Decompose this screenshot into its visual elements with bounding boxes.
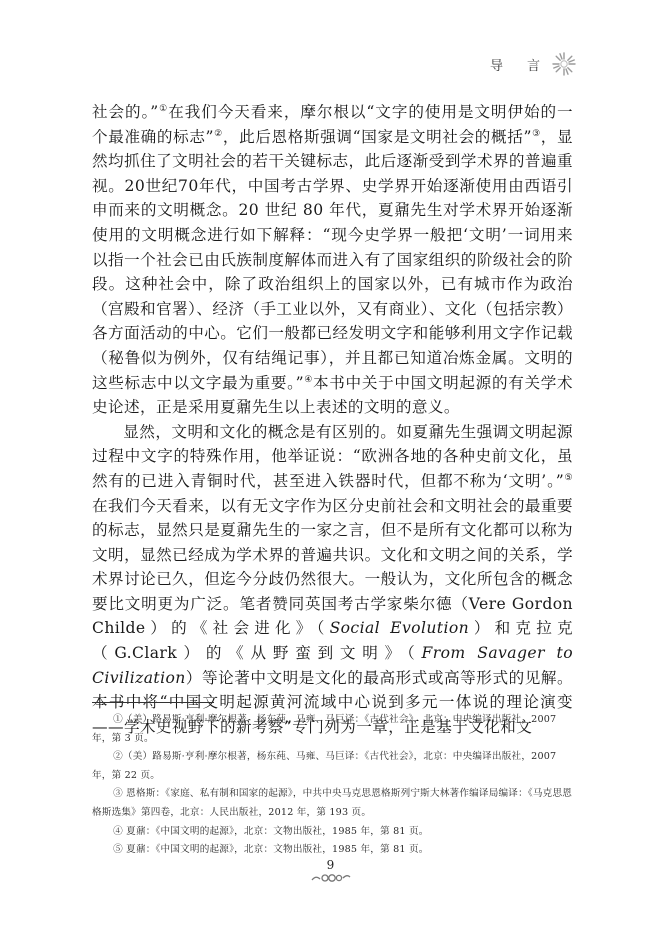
footnote-ref[interactable]: ⑤: [564, 473, 573, 483]
header-title-char: 导: [490, 55, 503, 74]
footnote: ⑤ 夏鼐：《中国文明的起源》，北京：文物出版社，1985 年，第 81 页。: [92, 841, 573, 860]
running-header: 导 言: [490, 50, 600, 78]
paragraph: 显然，文明和文化的概念是有区别的。如夏鼐先生强调文明起源过程中文字的特殊作用，他…: [92, 420, 573, 740]
footnote-ref[interactable]: ④: [304, 375, 313, 385]
header-title-char: 言: [527, 55, 540, 74]
footnote-ref[interactable]: ①: [159, 104, 169, 114]
footnote: ②（美）路易斯·亨利·摩尔根著，杨东莼、马雍、马巨译：《古代社会》，北京：中央编…: [92, 748, 573, 785]
sunburst-ornament-icon: [552, 52, 576, 76]
footnote: ④ 夏鼐：《中国文明的起源》，北京：文物出版社，1985 年，第 81 页。: [92, 823, 573, 842]
paragraph: 社会的。”①在我们今天看来，摩尔根以“文字的使用是文明伊始的一个最准确的标志”②…: [92, 100, 573, 420]
footnote-separator: [92, 702, 214, 703]
footnote: ①（美）路易斯·亨利·摩尔根著，杨东莼、马雍、马巨译：《古代社会》，北京：中央编…: [92, 711, 573, 748]
footnote: ③ 恩格斯：《家庭、私有制和国家的起源》，中共中央马克思恩格斯列宁斯大林著作编译…: [92, 785, 573, 822]
italic-title: Social Evolution: [330, 619, 470, 637]
cloud-scroll-ornament-icon: [310, 872, 352, 884]
footnote-ref[interactable]: ③: [532, 129, 541, 139]
footnotes: ①（美）路易斯·亨利·摩尔根著，杨东莼、马雍、马巨译：《古代社会》，北京：中央编…: [92, 711, 573, 860]
body-text: 社会的。”①在我们今天看来，摩尔根以“文字的使用是文明伊始的一个最准确的标志”②…: [92, 100, 573, 739]
footnote-ref[interactable]: ②: [214, 129, 223, 139]
italic-title: From Savager to Civilization: [92, 644, 573, 687]
page-number: 9: [0, 858, 661, 872]
